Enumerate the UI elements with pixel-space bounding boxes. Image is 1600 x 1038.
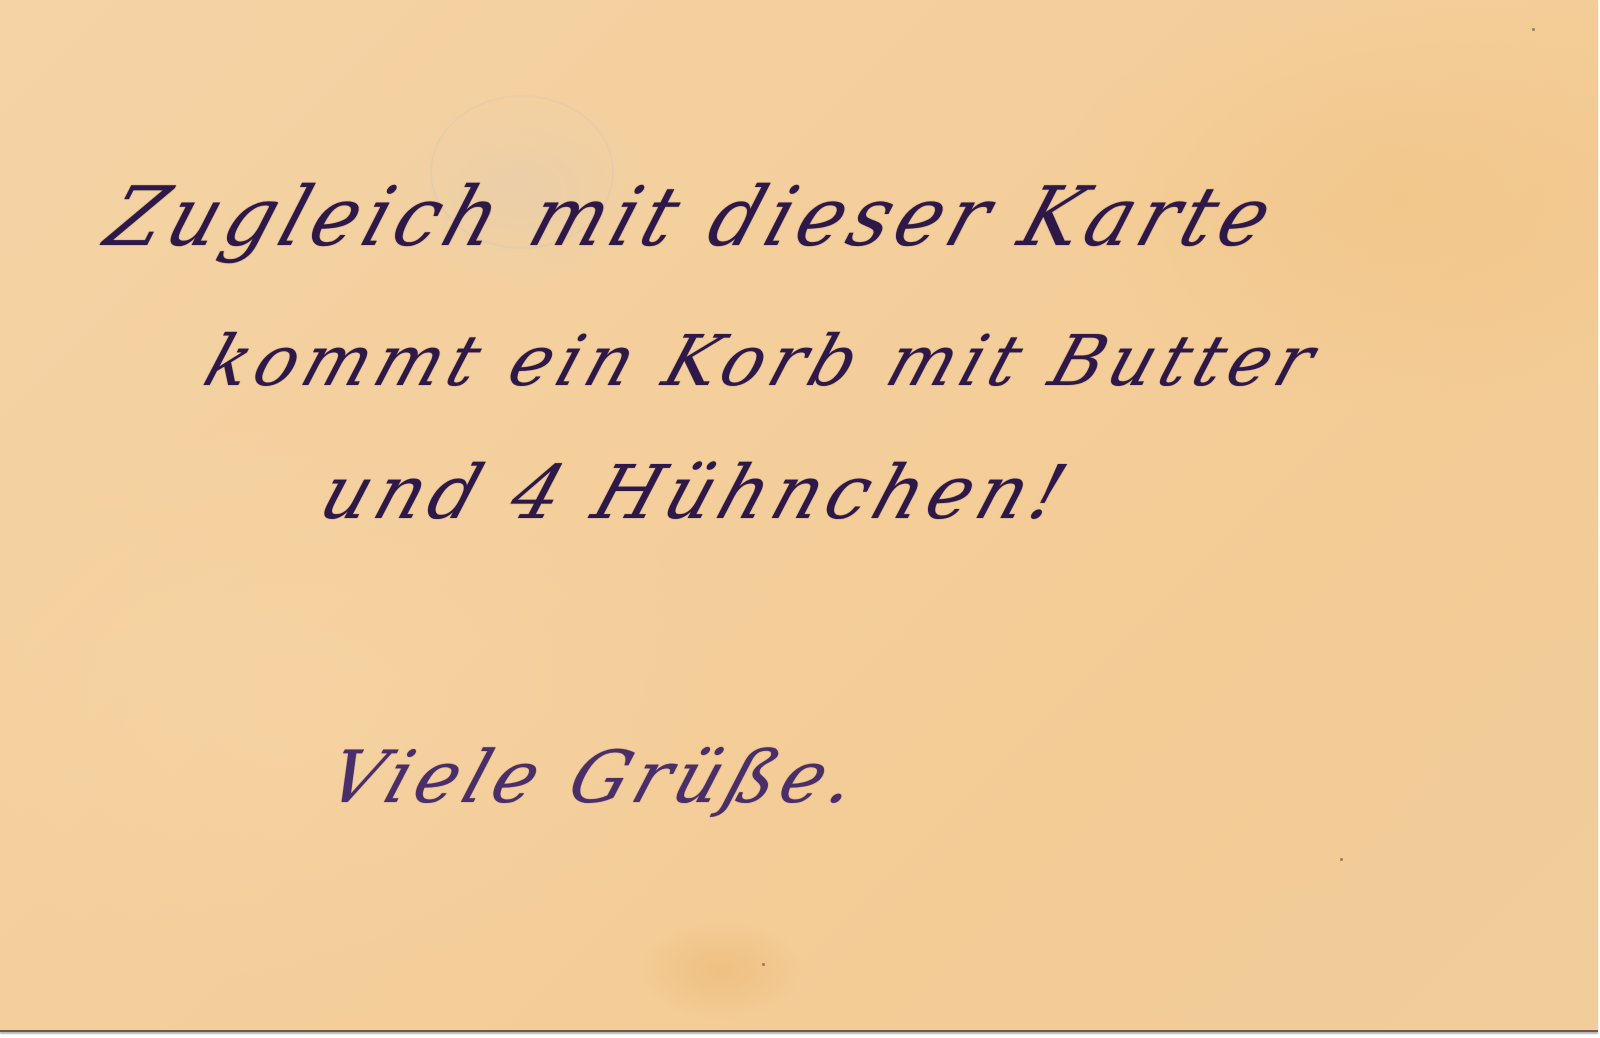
message-line-2: kommt ein Korb mit Butter [195, 320, 1330, 402]
paper-speck [1340, 858, 1343, 861]
closing-greeting: Viele Grüße. [318, 735, 874, 819]
paper-speck [762, 963, 765, 966]
message-line-1: Zugleich mit dieser Karte [95, 171, 1289, 266]
postcard: Zugleich mit dieser Karte kommt ein Korb… [0, 0, 1598, 1032]
message-line-3: und 4 Hühnchen! [310, 450, 1083, 536]
paper-speck [1532, 28, 1535, 31]
